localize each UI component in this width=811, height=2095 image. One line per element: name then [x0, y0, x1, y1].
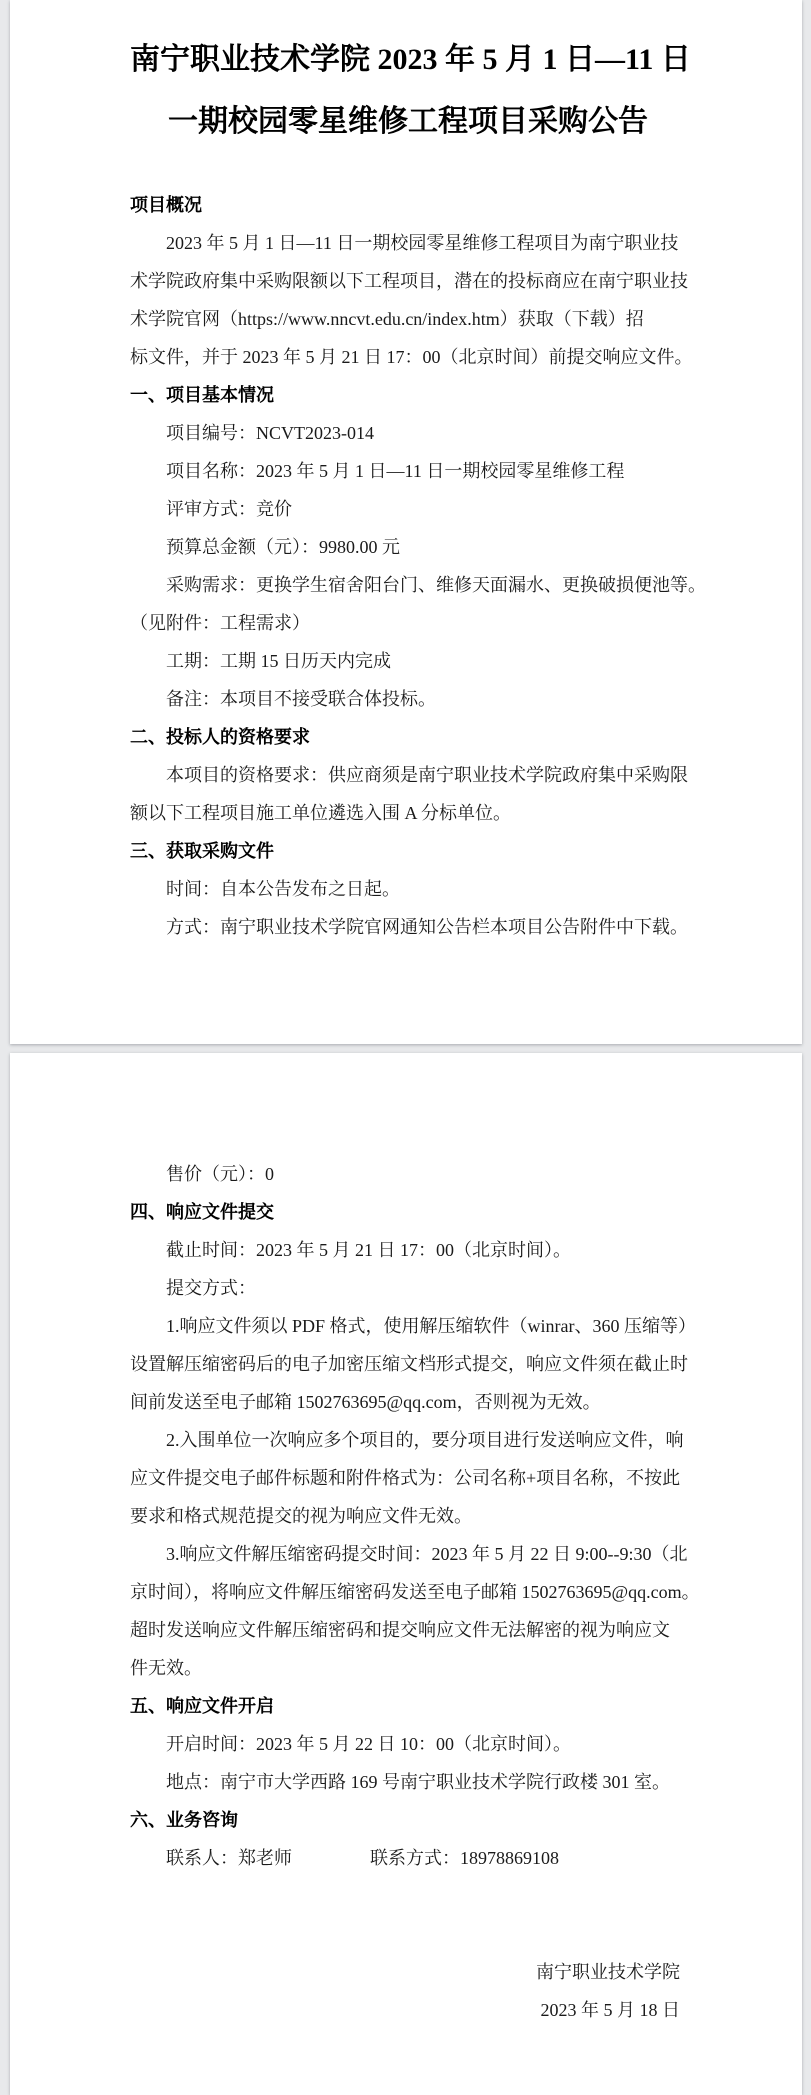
section-1-heading: 一、项目基本情况	[130, 376, 686, 414]
open-location-line: 地点：南宁市大学西路 169 号南宁职业技术学院行政楼 301 室。	[130, 1763, 686, 1801]
obtain-time-line: 时间：自本公告发布之日起。	[130, 870, 686, 908]
section-6-heading: 六、业务咨询	[130, 1801, 686, 1839]
issue-date: 2023 年 5 月 18 日	[130, 1991, 686, 2029]
submit-rule-line: 应文件提交电子邮件标题和附件格式为：公司名称+项目名称，不按此	[130, 1459, 686, 1497]
submit-method-label: 提交方式：	[130, 1269, 686, 1307]
section-2-heading: 二、投标人的资格要求	[130, 718, 686, 756]
contact-line: 联系人：郑老师联系方式：18978869108	[130, 1839, 686, 1877]
document-viewer: 南宁职业技术学院 2023 年 5 月 1 日—11 日 一期校园零星维修工程项…	[0, 0, 811, 2095]
project-name-line: 项目名称：2023 年 5 月 1 日—11 日一期校园零星维修工程	[130, 452, 686, 490]
submit-rule-line: 超时发送响应文件解压缩密码和提交响应文件无法解密的视为响应文	[130, 1611, 686, 1649]
document-title: 南宁职业技术学院 2023 年 5 月 1 日—11 日 一期校园零星维修工程项…	[130, 29, 686, 153]
remark-line: 备注：本项目不接受联合体投标。	[130, 680, 686, 718]
intro-line: 2023 年 5 月 1 日—11 日一期校园零星维修工程项目为南宁职业技	[130, 224, 686, 262]
issuer-name: 南宁职业技术学院	[130, 1953, 686, 1991]
open-time-line: 开启时间：2023 年 5 月 22 日 10：00（北京时间）。	[130, 1725, 686, 1763]
submit-rule-line: 1.响应文件须以 PDF 格式，使用解压缩软件（winrar、360 压缩等）	[130, 1307, 686, 1345]
page-2: 售价（元）：0四、响应文件提交截止时间：2023 年 5 月 21 日 17：0…	[10, 1053, 802, 2095]
submit-rule-line: 设置解压缩密码后的电子加密压缩文档形式提交，响应文件须在截止时	[130, 1345, 686, 1383]
page-gap	[10, 1044, 802, 1053]
price-line: 售价（元）：0	[130, 1155, 686, 1193]
overview-heading: 项目概况	[130, 186, 686, 224]
submit-rule-line: 间前发送至电子邮箱 1502763695@qq.com，否则视为无效。	[130, 1383, 686, 1421]
submit-rule-line: 2.入围单位一次响应多个项目的，要分项目进行发送响应文件，响	[130, 1421, 686, 1459]
deadline-line: 截止时间：2023 年 5 月 21 日 17：00（北京时间）。	[130, 1231, 686, 1269]
submit-rule-line: 京时间），将响应文件解压缩密码发送至电子邮箱 1502763695@qq.com…	[130, 1573, 686, 1611]
intro-line: 术学院政府集中采购限额以下工程项目，潜在的投标商应在南宁职业技	[130, 262, 686, 300]
intro-line: 标文件，并于 2023 年 5 月 21 日 17：00（北京时间）前提交响应文…	[130, 338, 686, 376]
intro-line: 术学院官网（https://www.nncvt.edu.cn/index.htm…	[130, 300, 686, 338]
contact-phone: 联系方式：18978869108	[370, 1848, 559, 1868]
budget-line: 预算总金额（元）：9980.00 元	[130, 528, 686, 566]
submit-rule-line: 件无效。	[130, 1649, 686, 1687]
page-1-body: 项目概况2023 年 5 月 1 日—11 日一期校园零星维修工程项目为南宁职业…	[130, 186, 686, 946]
contact-person: 联系人：郑老师	[166, 1848, 292, 1868]
page-1: 南宁职业技术学院 2023 年 5 月 1 日—11 日 一期校园零星维修工程项…	[10, 0, 802, 1044]
title-line-2: 一期校园零星维修工程项目采购公告	[130, 91, 686, 153]
title-line-1: 南宁职业技术学院 2023 年 5 月 1 日—11 日	[130, 29, 686, 91]
section-4-heading: 四、响应文件提交	[130, 1193, 686, 1231]
page-2-body: 售价（元）：0四、响应文件提交截止时间：2023 年 5 月 21 日 17：0…	[130, 1155, 686, 2029]
section-5-heading: 五、响应文件开启	[130, 1687, 686, 1725]
section-3-heading: 三、获取采购文件	[130, 832, 686, 870]
obtain-method-line: 方式：南宁职业技术学院官网通知公告栏本项目公告附件中下载。	[130, 908, 686, 946]
qualification-line: 额以下工程项目施工单位遴选入围 A 分标单位。	[130, 794, 686, 832]
evaluation-method-line: 评审方式：竞价	[130, 490, 686, 528]
attachment-note-line: （见附件：工程需求）	[130, 604, 686, 642]
requirement-line: 采购需求：更换学生宿舍阳台门、维修天面漏水、更换破损便池等。	[130, 566, 686, 604]
project-number-line: 项目编号：NCVT2023-014	[130, 414, 686, 452]
qualification-line: 本项目的资格要求：供应商须是南宁职业技术学院政府集中采购限	[130, 756, 686, 794]
submit-rule-line: 要求和格式规范提交的视为响应文件无效。	[130, 1497, 686, 1535]
duration-line: 工期：工期 15 日历天内完成	[130, 642, 686, 680]
submit-rule-line: 3.响应文件解压缩密码提交时间：2023 年 5 月 22 日 9:00--9:…	[130, 1535, 686, 1573]
